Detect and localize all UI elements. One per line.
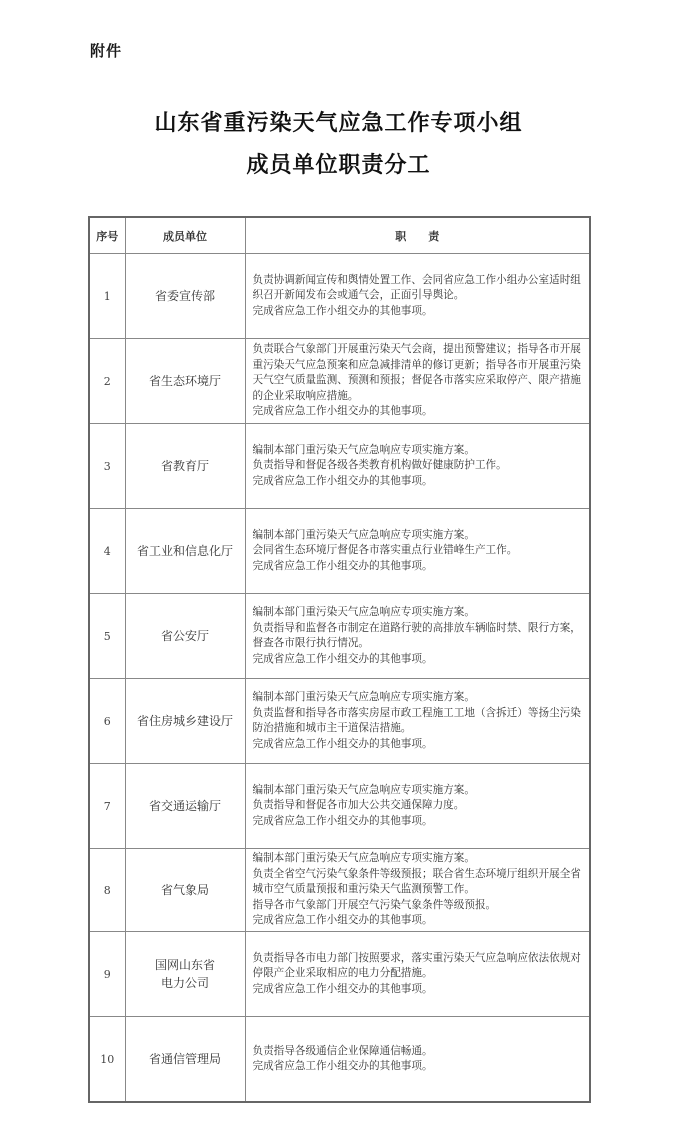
member-unit-cell: 省通信管理局 [125, 1017, 245, 1103]
attachment-label: 附件 [90, 40, 122, 61]
responsibilities-cell: 负责联合气象部门开展重污染天气会商，提出预警建议；指导各市开展重污染天气应急预案… [245, 339, 590, 424]
responsibility-item: 完成省应急工作小组交办的其他事项。 [253, 652, 584, 668]
table-row: 1 省委宣传部 负责协调新闻宣传和舆情处置工作、会同省应急工作小组办公室适时组织… [89, 254, 590, 339]
table-row: 9 国网山东省电力公司 负责指导各市电力部门按照要求，落实重污染天气应急响应依法… [89, 932, 590, 1017]
member-unit-cell: 省气象局 [125, 849, 245, 932]
serial-number-cell: 7 [89, 764, 125, 849]
member-unit-cell: 省工业和信息化厅 [125, 509, 245, 594]
responsibility-item: 完成省应急工作小组交办的其他事项。 [253, 474, 584, 490]
member-unit-cell: 国网山东省电力公司 [125, 932, 245, 1017]
responsibility-item: 负责指导和监督各市制定在道路行驶的高排放车辆临时禁、限行方案，督查各市限行执行情… [253, 621, 584, 652]
responsibility-item: 负责指导和督促各级各类教育机构做好健康防护工作。 [253, 458, 584, 474]
table-row: 4 省工业和信息化厅 编制本部门重污染天气应急响应专项实施方案。会同省生态环境厅… [89, 509, 590, 594]
member-unit-cell: 省住房城乡建设厅 [125, 679, 245, 764]
responsibility-item: 负责指导各市电力部门按照要求，落实重污染天气应急响应依法依规对停限产企业采取相应… [253, 951, 584, 982]
document-title: 山东省重污染天气应急工作专项小组 [0, 106, 677, 137]
serial-number-cell: 5 [89, 594, 125, 679]
member-unit-name: 省交通运输厅 [126, 797, 245, 815]
member-unit-name: 省气象局 [126, 881, 245, 899]
member-unit-cell: 省教育厅 [125, 424, 245, 509]
responsibility-item: 负责监督和指导各市落实房屋市政工程施工工地（含拆迁）等扬尘污染防治措施和城市主干… [253, 706, 584, 737]
responsibility-item: 完成省应急工作小组交办的其他事项。 [253, 737, 584, 753]
responsibilities-cell: 编制本部门重污染天气应急响应专项实施方案。负责监督和指导各市落实房屋市政工程施工… [245, 679, 590, 764]
responsibility-item: 编制本部门重污染天气应急响应专项实施方案。 [253, 851, 584, 867]
serial-number-cell: 3 [89, 424, 125, 509]
responsibilities-cell: 负责指导各市电力部门按照要求，落实重污染天气应急响应依法依规对停限产企业采取相应… [245, 932, 590, 1017]
document-subtitle: 成员单位职责分工 [0, 148, 677, 179]
responsibility-item: 编制本部门重污染天气应急响应专项实施方案。 [253, 783, 584, 799]
member-unit-name: 国网山东省 [126, 956, 245, 974]
responsibilities-cell: 编制本部门重污染天气应急响应专项实施方案。负责指导和督促各市加大公共交通保障力度… [245, 764, 590, 849]
responsibility-item: 负责指导和督促各市加大公共交通保障力度。 [253, 798, 584, 814]
table-row: 8 省气象局 编制本部门重污染天气应急响应专项实施方案。负责全省空气污染气象条件… [89, 849, 590, 932]
member-unit-cell: 省交通运输厅 [125, 764, 245, 849]
responsibility-item: 编制本部门重污染天气应急响应专项实施方案。 [253, 443, 584, 459]
table-row: 2 省生态环境厅 负责联合气象部门开展重污染天气会商，提出预警建议；指导各市开展… [89, 339, 590, 424]
responsibility-item: 完成省应急工作小组交办的其他事项。 [253, 559, 584, 575]
table-header-row: 序号 成员单位 职 责 [89, 217, 590, 254]
responsibility-item: 完成省应急工作小组交办的其他事项。 [253, 814, 584, 830]
table-row: 6 省住房城乡建设厅 编制本部门重污染天气应急响应专项实施方案。负责监督和指导各… [89, 679, 590, 764]
responsibility-item: 完成省应急工作小组交办的其他事项。 [253, 913, 584, 929]
table-row: 5 省公安厅 编制本部门重污染天气应急响应专项实施方案。负责指导和监督各市制定在… [89, 594, 590, 679]
member-unit-cell: 省委宣传部 [125, 254, 245, 339]
responsibility-item: 负责指导各级通信企业保障通信畅通。 [253, 1044, 584, 1060]
responsibilities-cell: 编制本部门重污染天气应急响应专项实施方案。负责全省空气污染气象条件等级预报；联合… [245, 849, 590, 932]
responsibilities-cell: 编制本部门重污染天气应急响应专项实施方案。负责指导和督促各级各类教育机构做好健康… [245, 424, 590, 509]
serial-number-cell: 9 [89, 932, 125, 1017]
table-row: 7 省交通运输厅 编制本部门重污染天气应急响应专项实施方案。负责指导和督促各市加… [89, 764, 590, 849]
table-row: 10 省通信管理局 负责指导各级通信企业保障通信畅通。完成省应急工作小组交办的其… [89, 1017, 590, 1103]
responsibility-item: 完成省应急工作小组交办的其他事项。 [253, 404, 584, 420]
member-unit-name: 电力公司 [126, 974, 245, 992]
responsibilities-cell: 编制本部门重污染天气应急响应专项实施方案。负责指导和监督各市制定在道路行驶的高排… [245, 594, 590, 679]
serial-number-cell: 1 [89, 254, 125, 339]
responsibilities-cell: 编制本部门重污染天气应急响应专项实施方案。会同省生态环境厅督促各市落实重点行业错… [245, 509, 590, 594]
table-row: 3 省教育厅 编制本部门重污染天气应急响应专项实施方案。负责指导和督促各级各类教… [89, 424, 590, 509]
serial-number-cell: 10 [89, 1017, 125, 1103]
header-serial-number: 序号 [89, 217, 125, 254]
member-unit-name: 省工业和信息化厅 [126, 542, 245, 560]
responsibility-item: 完成省应急工作小组交办的其他事项。 [253, 304, 584, 320]
responsibility-item: 编制本部门重污染天气应急响应专项实施方案。 [253, 690, 584, 706]
member-unit-name: 省公安厅 [126, 627, 245, 645]
member-unit-name: 省委宣传部 [126, 287, 245, 305]
member-unit-name: 省生态环境厅 [126, 372, 245, 390]
responsibility-item: 负责协调新闻宣传和舆情处置工作、会同省应急工作小组办公室适时组织召开新闻发布会或… [253, 273, 584, 304]
serial-number-cell: 6 [89, 679, 125, 764]
serial-number-cell: 2 [89, 339, 125, 424]
responsibility-item: 负责全省空气污染气象条件等级预报；联合省生态环境厅组织开展全省城市空气质量预报和… [253, 867, 584, 898]
responsibility-item: 编制本部门重污染天气应急响应专项实施方案。 [253, 528, 584, 544]
member-unit-name: 省通信管理局 [126, 1050, 245, 1068]
responsibilities-cell: 负责协调新闻宣传和舆情处置工作、会同省应急工作小组办公室适时组织召开新闻发布会或… [245, 254, 590, 339]
serial-number-cell: 4 [89, 509, 125, 594]
responsibility-item: 指导各市气象部门开展空气污染气象条件等级预报。 [253, 898, 584, 914]
serial-number-cell: 8 [89, 849, 125, 932]
responsibility-table: 序号 成员单位 职 责 1 省委宣传部 负责协调新闻宣传和舆情处置工作、会同省应… [88, 216, 591, 1103]
member-unit-name: 省住房城乡建设厅 [126, 712, 245, 730]
responsibility-item: 完成省应急工作小组交办的其他事项。 [253, 982, 584, 998]
responsibility-item: 负责联合气象部门开展重污染天气会商，提出预警建议；指导各市开展重污染天气应急预案… [253, 342, 584, 404]
member-unit-cell: 省生态环境厅 [125, 339, 245, 424]
header-member-unit: 成员单位 [125, 217, 245, 254]
responsibilities-cell: 负责指导各级通信企业保障通信畅通。完成省应急工作小组交办的其他事项。 [245, 1017, 590, 1103]
member-unit-name: 省教育厅 [126, 457, 245, 475]
responsibility-item: 完成省应急工作小组交办的其他事项。 [253, 1059, 584, 1075]
responsibility-item: 会同省生态环境厅督促各市落实重点行业错峰生产工作。 [253, 543, 584, 559]
header-responsibilities: 职 责 [245, 217, 590, 254]
member-unit-cell: 省公安厅 [125, 594, 245, 679]
responsibility-item: 编制本部门重污染天气应急响应专项实施方案。 [253, 605, 584, 621]
